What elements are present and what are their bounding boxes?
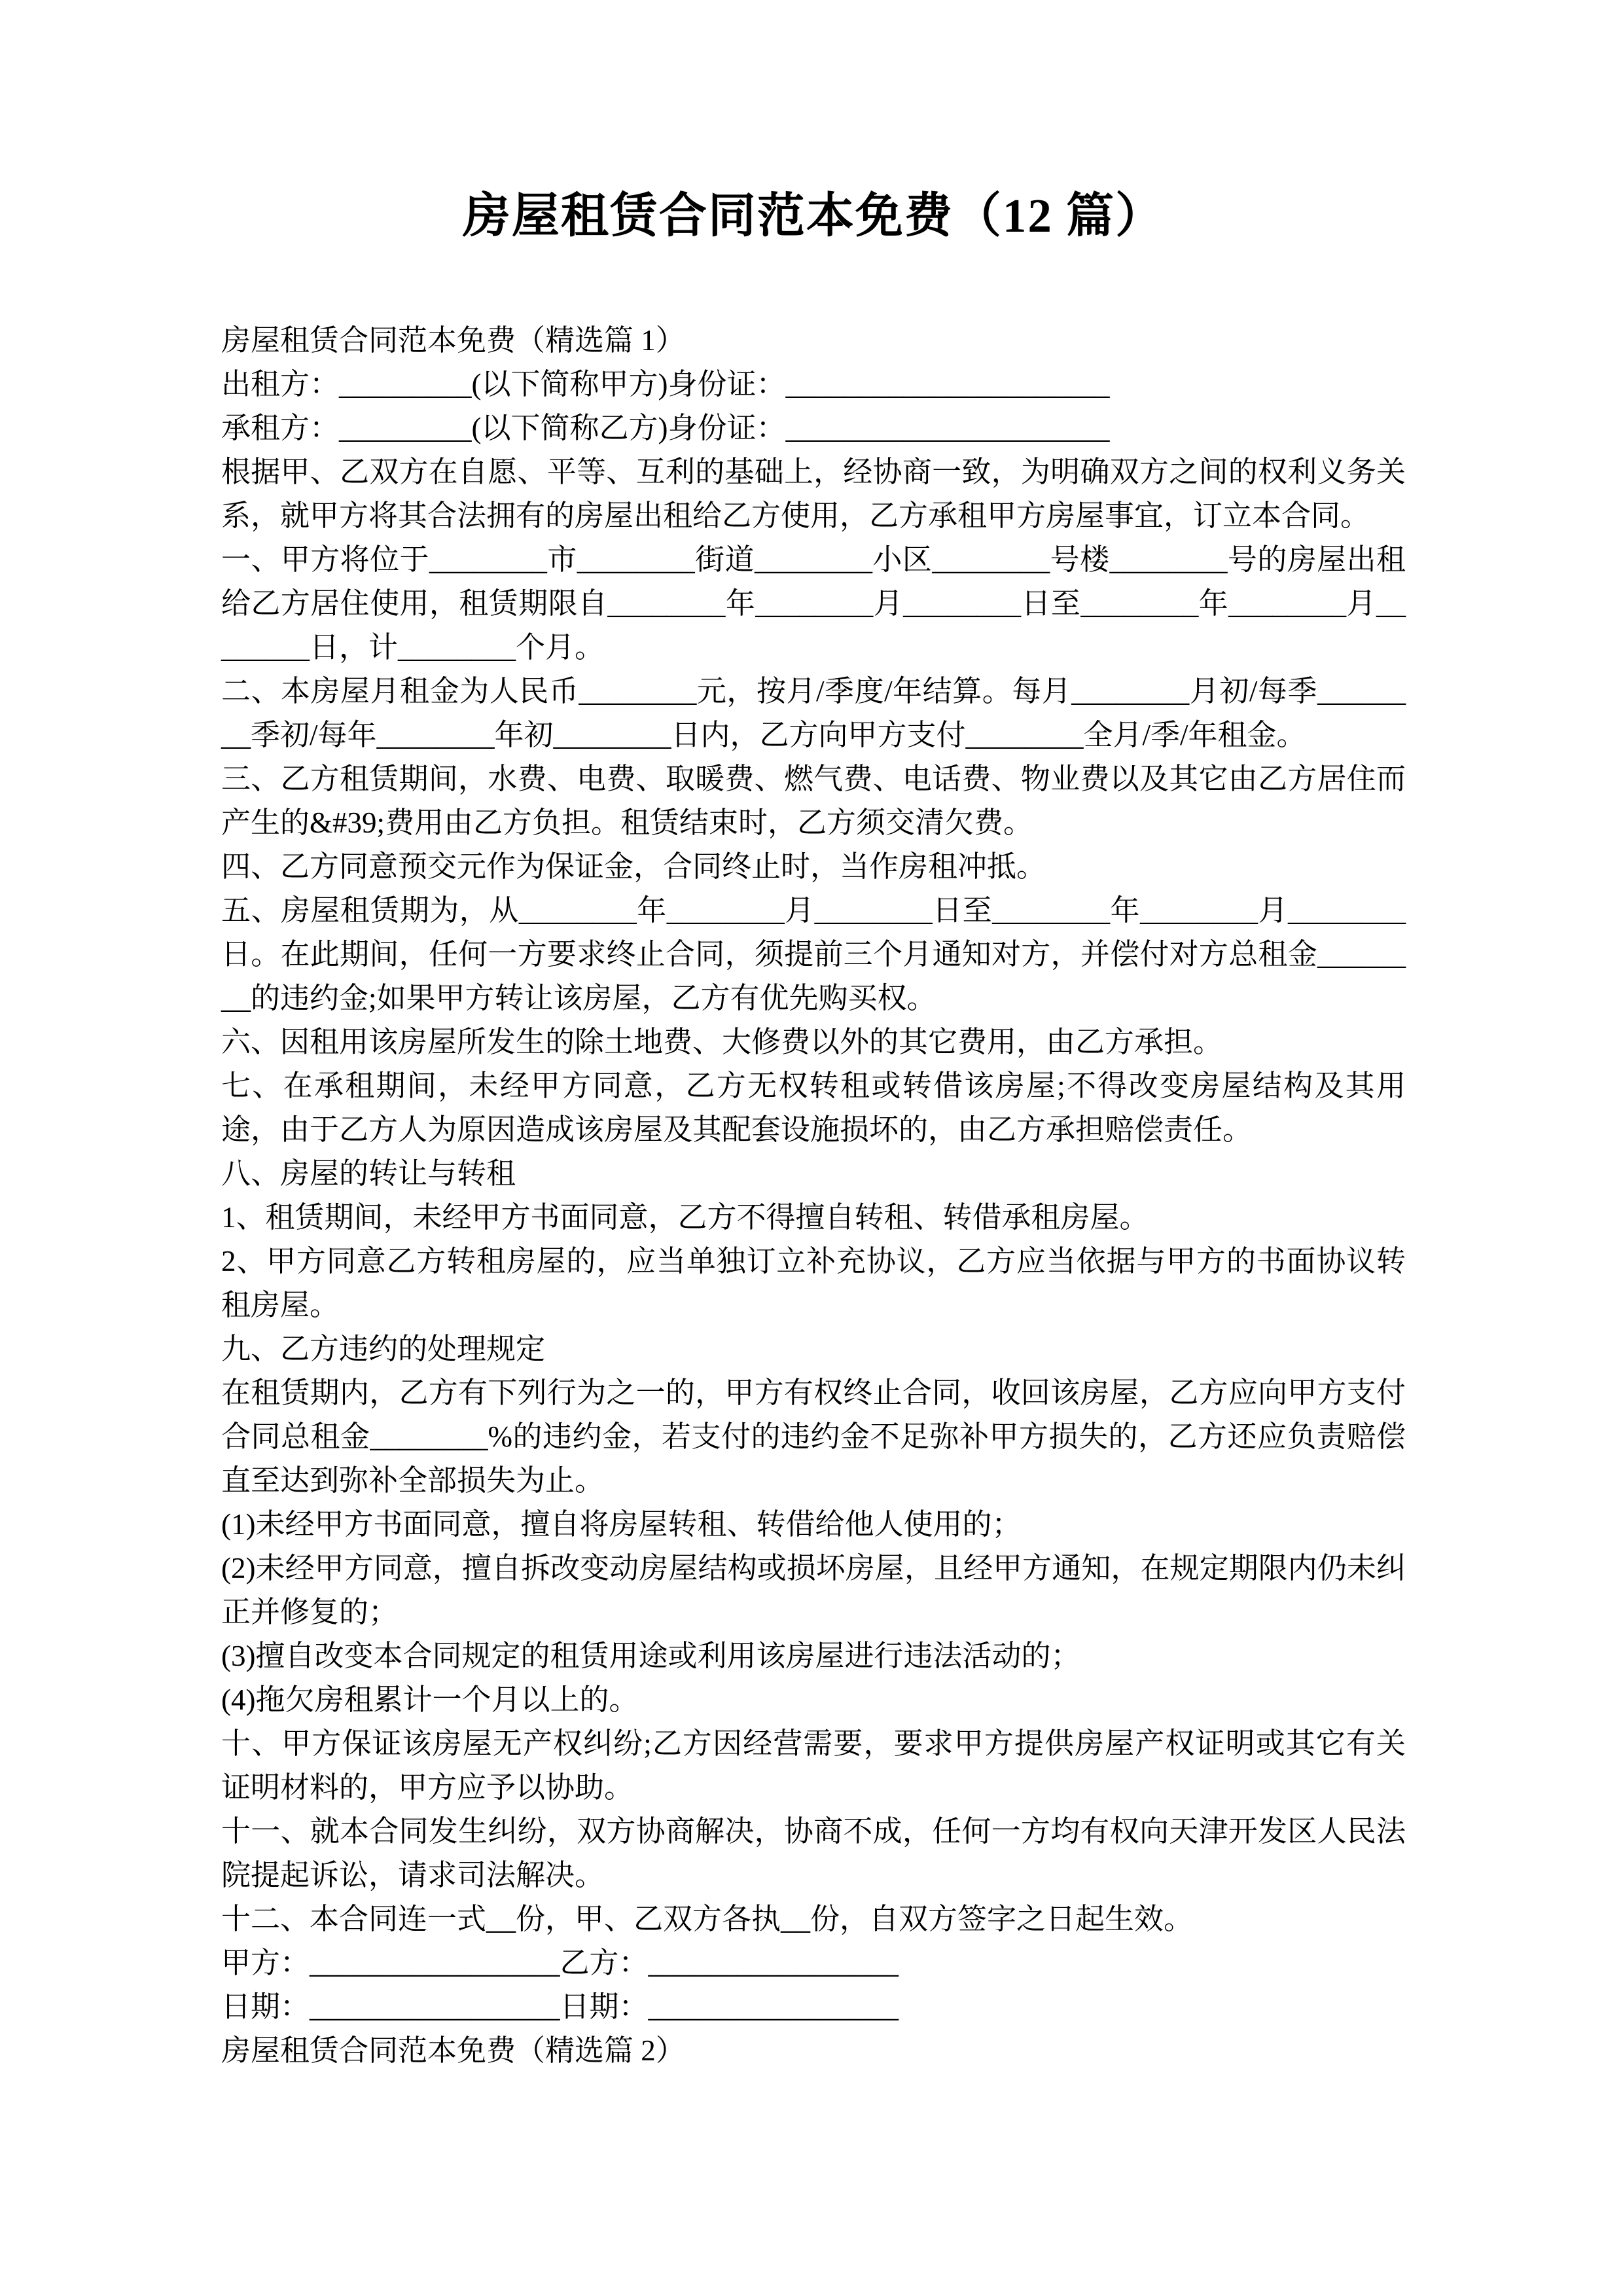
clause-1: 一、甲方将位于________市________街道________小区____… [221,538,1406,670]
subtitle-selection-2: 房屋租赁合同范本免费（精选篇 2） [221,2029,1406,2073]
clause-6: 六、因租用该房屋所发生的除土地费、大修费以外的其它费用，由乙方承担。 [221,1020,1406,1064]
clause-11: 十一、就本合同发生纠纷，双方协商解决，协商不成，任何一方均有权向天津开发区人民法… [221,1810,1406,1897]
clause-9-heading: 九、乙方违约的处理规定 [221,1327,1406,1371]
clause-8-item-1: 1、租赁期间，未经甲方书面同意，乙方不得擅自转租、转借承租房屋。 [221,1196,1406,1240]
clause-9-item-4: (4)拖欠房租累计一个月以上的。 [221,1678,1406,1722]
lessor-line: 出租方：_________(以下简称甲方)身份证：_______________… [221,363,1406,406]
clause-9-item-3: (3)擅自改变本合同规定的租赁用途或利用该房屋进行违法活动的； [221,1634,1406,1678]
contract-page: 房屋租赁合同范本免费（12 篇） 房屋租赁合同范本免费（精选篇 1） 出租方：_… [0,0,1623,2296]
clause-9-item-2: (2)未经甲方同意，擅自拆改变动房屋结构或损坏房屋，且经甲方通知，在规定期限内仍… [221,1547,1406,1634]
clause-8-item-2: 2、甲方同意乙方转租房屋的，应当单独订立补充协议，乙方应当依据与甲方的书面协议转… [221,1240,1406,1327]
clause-2: 二、本房屋月租金为人民币________元，按月/季度/年结算。每月______… [221,670,1406,757]
clause-12: 十二、本合同连一式__份，甲、乙双方各执__份，自双方签字之日起生效。 [221,1897,1406,1941]
subtitle-selection-1: 房屋租赁合同范本免费（精选篇 1） [221,319,1406,363]
clause-7: 七、在承租期间，未经甲方同意，乙方无权转租或转借该房屋;不得改变房屋结构及其用途… [221,1064,1406,1152]
clause-9-item-1: (1)未经甲方书面同意，擅自将房屋转租、转借给他人使用的； [221,1503,1406,1547]
signature-line: 甲方：_________________乙方：_________________ [221,1941,1406,1985]
document-body: 房屋租赁合同范本免费（精选篇 1） 出租方：_________(以下简称甲方)身… [221,319,1406,2073]
clause-10: 十、甲方保证该房屋无产权纠纷;乙方因经营需要，要求甲方提供房屋产权证明或其它有关… [221,1722,1406,1810]
clause-9-intro: 在租赁期内，乙方有下列行为之一的，甲方有权终止合同，收回该房屋，乙方应向甲方支付… [221,1371,1406,1503]
date-line: 日期：_________________日期：_________________ [221,1985,1406,2029]
clause-4: 四、乙方同意预交元作为保证金，合同终止时，当作房租冲抵。 [221,845,1406,889]
clause-8-heading: 八、房屋的转让与转租 [221,1152,1406,1196]
clause-3: 三、乙方租赁期间，水费、电费、取暖费、燃气费、电话费、物业费以及其它由乙方居住而… [221,757,1406,845]
preamble: 根据甲、乙双方在自愿、平等、互利的基础上，经协商一致，为明确双方之间的权利义务关… [221,450,1406,538]
clause-5: 五、房屋租赁期为，从________年________月________日至__… [221,889,1406,1020]
document-title: 房屋租赁合同范本免费（12 篇） [221,191,1406,242]
lessee-line: 承租方：_________(以下简称乙方)身份证：_______________… [221,406,1406,450]
